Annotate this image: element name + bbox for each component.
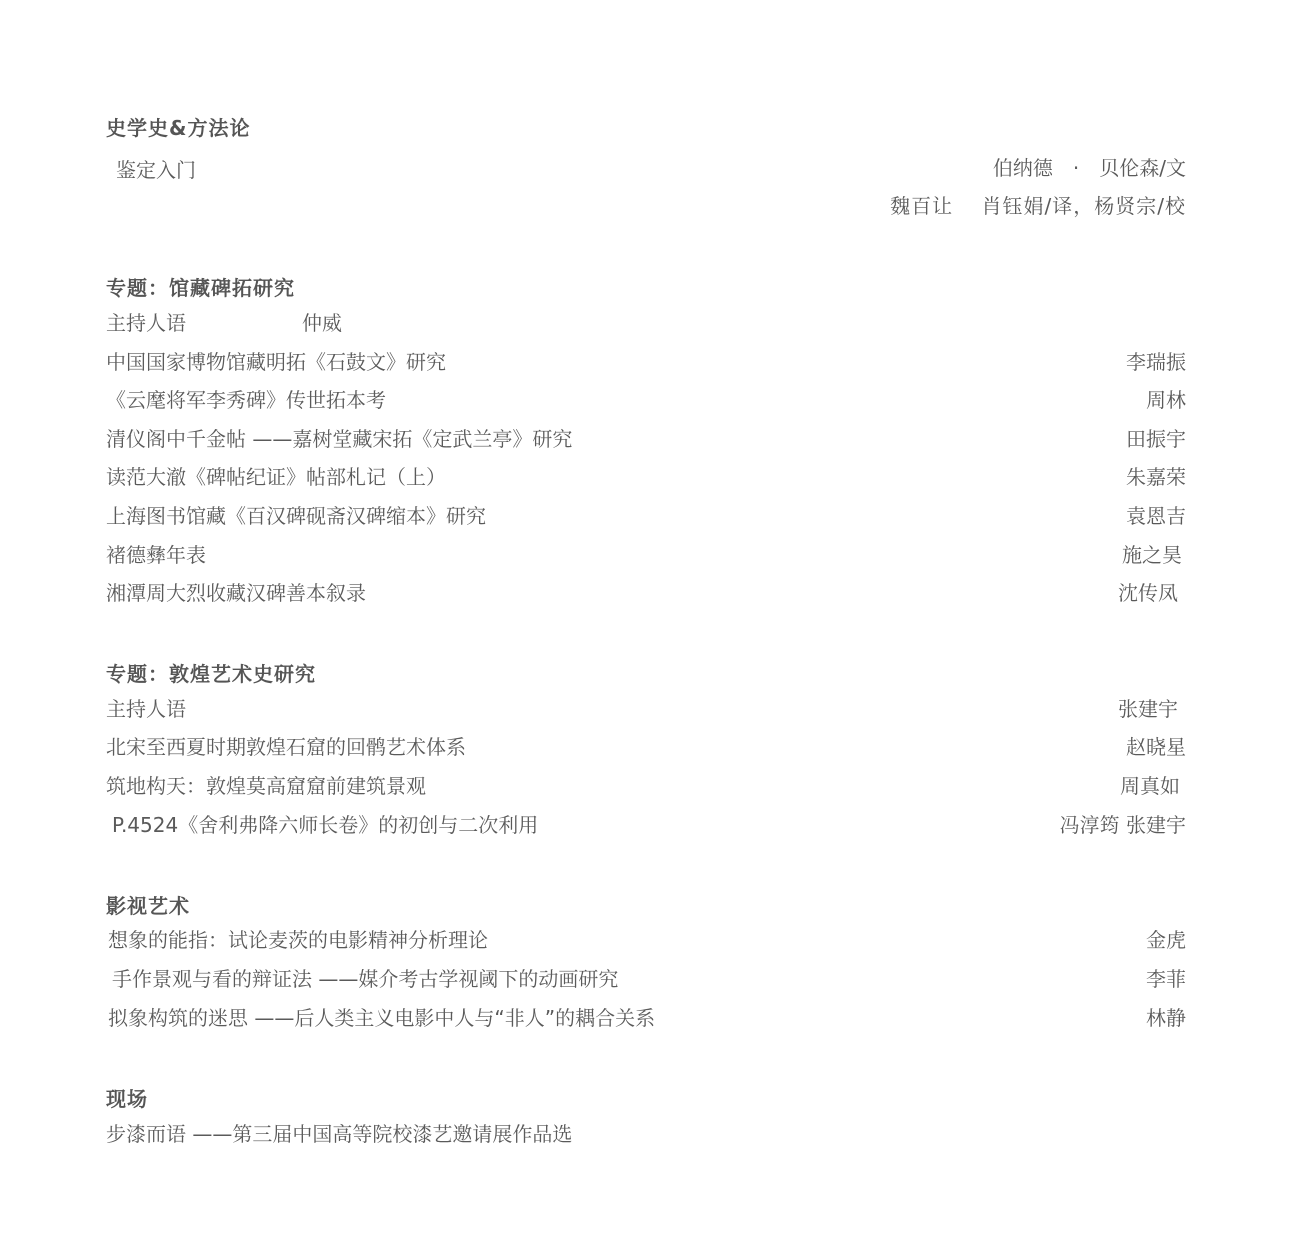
toc-item-translator: 魏百让 肖钰娟/译，杨贤宗/校 (890, 194, 1186, 218)
toc-item-title[interactable]: 鉴定入门 (116, 158, 196, 182)
toc-item-author: 周真如 (1120, 774, 1180, 798)
toc-item-title[interactable]: 上海图书馆藏《百汉碑砚斋汉碑缩本》研究 (106, 504, 486, 528)
toc-item-title[interactable]: 手作景观与看的辩证法 ——媒介考古学视阈下的动画研究 (112, 967, 618, 991)
toc-item-author: 赵晓星 (1126, 735, 1186, 759)
section-title-dunhuang: 专题：敦煌艺术史研究 (106, 658, 316, 687)
toc-item-author: 田振宇 (1126, 427, 1186, 451)
toc-item-title[interactable]: 北宋至西夏时期敦煌石窟的回鹘艺术体系 (106, 735, 466, 759)
toc-item-author: 袁恩吉 (1126, 504, 1186, 528)
section-title-historiography: 史学史&方法论 (106, 112, 250, 141)
toc-item-title[interactable]: 想象的能指：试论麦茨的电影精神分析理论 (108, 928, 488, 952)
toc-item-title[interactable]: 筑地构天：敦煌莫高窟窟前建筑景观 (106, 774, 426, 798)
toc-item-author: 周林 (1146, 388, 1186, 412)
section-title-film: 影视艺术 (106, 890, 190, 919)
toc-item-title[interactable]: 主持人语 (106, 311, 186, 335)
toc-item-title[interactable]: 褚德彝年表 (106, 543, 206, 567)
toc-item-title[interactable]: 湘潭周大烈收藏汉碑善本叙录 (106, 581, 366, 605)
toc-item-author: 张建宇 (1118, 697, 1178, 721)
toc-item-author: 施之昊 (1122, 543, 1182, 567)
toc-item-author: 林静 (1146, 1006, 1186, 1030)
toc-item-author: 李瑞振 (1126, 350, 1186, 374)
section-title-rubbings: 专题：馆藏碑拓研究 (106, 272, 295, 301)
toc-item-title[interactable]: 《云麾将军李秀碑》传世拓本考 (106, 388, 386, 412)
toc-item-title[interactable]: 中国国家博物馆藏明拓《石鼓文》研究 (106, 350, 446, 374)
toc-item-author: 李菲 (1146, 967, 1186, 991)
toc-item-author: 仲威 (302, 311, 342, 335)
toc-item-title[interactable]: 清仪阁中千金帖 ——嘉树堂藏宋拓《定武兰亭》研究 (106, 427, 572, 451)
toc-item-author: 金虎 (1146, 928, 1186, 952)
toc-item-author: 朱嘉荣 (1126, 465, 1186, 489)
toc-item-title[interactable]: 主持人语 (106, 697, 186, 721)
toc-item-title[interactable]: 拟象构筑的迷思 ——后人类主义电影中人与“非人”的耦合关系 (108, 1006, 655, 1030)
toc-item-title[interactable]: 读范大澈《碑帖纪证》帖部札记（上） (106, 465, 446, 489)
toc-item-author: 冯淳筠 张建宇 (1060, 813, 1186, 837)
toc-item-author: 伯纳德 · 贝伦森/文 (993, 156, 1186, 180)
section-title-scene: 现场 (106, 1083, 148, 1112)
toc-item-title[interactable]: 步漆而语 ——第三届中国高等院校漆艺邀请展作品选 (106, 1122, 572, 1146)
toc-item-author: 沈传凤 (1118, 581, 1178, 605)
toc-item-title[interactable]: P.4524《舍利弗降六师长卷》的初创与二次利用 (112, 813, 538, 837)
